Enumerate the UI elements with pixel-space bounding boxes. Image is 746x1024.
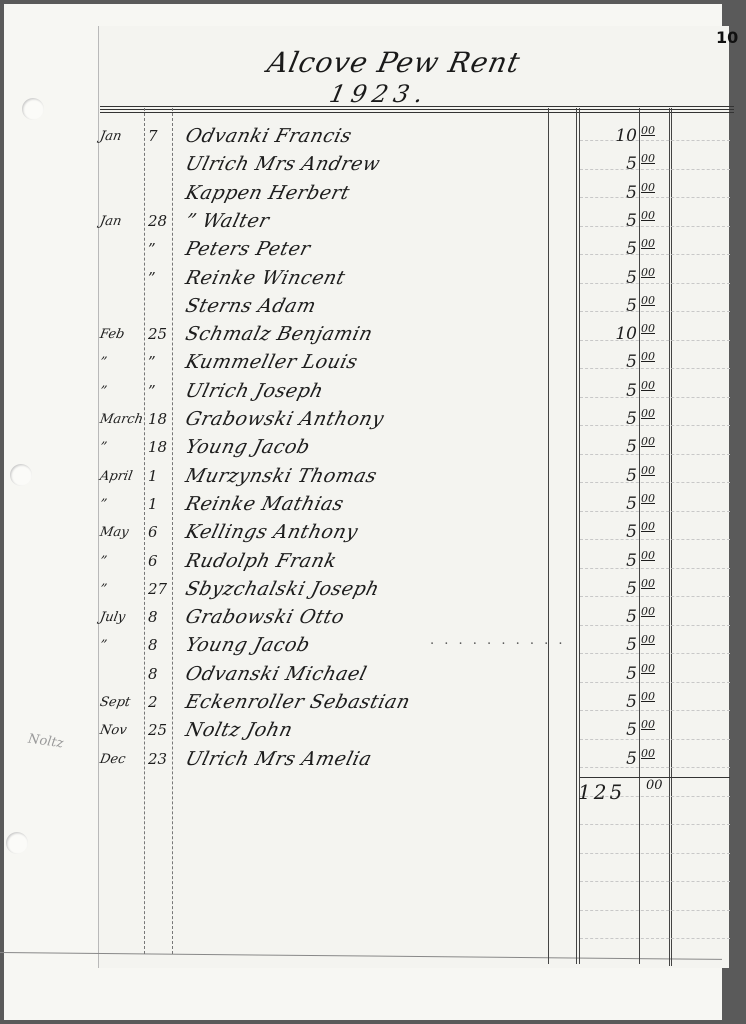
table-row: ”Peters Peter500 bbox=[0, 236, 746, 264]
entry-dollars: 5 bbox=[585, 692, 637, 712]
entry-cents: 00 bbox=[641, 181, 669, 194]
entry-month: July bbox=[99, 610, 146, 625]
entry-dollars: 5 bbox=[585, 268, 637, 288]
entry-name: Sterns Adam bbox=[183, 295, 548, 317]
table-row: Nov25Noltz John500 bbox=[0, 717, 746, 745]
header-rule bbox=[100, 106, 734, 107]
entry-cents: 00 bbox=[641, 492, 669, 505]
table-row: ”Reinke Wincent500 bbox=[0, 265, 746, 293]
total-amount: 125 bbox=[578, 780, 625, 804]
entry-day: 1 bbox=[148, 495, 170, 513]
entry-name: Kappen Herbert bbox=[183, 182, 548, 204]
entry-dollars: 5 bbox=[585, 296, 637, 316]
entry-month: ” bbox=[99, 554, 146, 569]
entry-name: Schmalz Benjamin bbox=[183, 323, 548, 345]
entry-name: Ulrich Mrs Andrew bbox=[183, 153, 548, 175]
entry-name: Rudolph Frank bbox=[183, 550, 548, 572]
ledger-line bbox=[580, 910, 730, 911]
entry-name: Murzynski Thomas bbox=[183, 465, 548, 487]
entry-day: 18 bbox=[148, 410, 170, 428]
entry-month: March bbox=[99, 412, 146, 427]
entry-dollars: 5 bbox=[585, 664, 637, 684]
entry-cents: 00 bbox=[641, 209, 669, 222]
entry-day: ” bbox=[148, 240, 170, 258]
binder-hole-icon bbox=[6, 832, 28, 854]
entry-name: Eckenroller Sebastian bbox=[183, 691, 548, 713]
entry-name: Reinke Wincent bbox=[183, 267, 548, 289]
entry-cents: 00 bbox=[641, 520, 669, 533]
entry-month: ” bbox=[99, 582, 146, 597]
entry-cents: 00 bbox=[641, 464, 669, 477]
table-row: May6Kellings Anthony500 bbox=[0, 519, 746, 547]
entry-month: Nov bbox=[99, 723, 146, 738]
table-row: Feb25Schmalz Benjamin1000 bbox=[0, 321, 746, 349]
ledger-year: 1923. bbox=[327, 80, 432, 108]
entry-dollars: 5 bbox=[585, 720, 637, 740]
entry-day: 8 bbox=[148, 665, 170, 683]
entry-month: April bbox=[99, 469, 146, 484]
table-row: July8Grabowski Otto500 bbox=[0, 604, 746, 632]
entry-dollars: 5 bbox=[585, 437, 637, 457]
entry-month: ” bbox=[99, 638, 146, 653]
entry-month: ” bbox=[99, 440, 146, 455]
entry-day: ” bbox=[148, 269, 170, 287]
table-row: Jan28” Walter500 bbox=[0, 208, 746, 236]
entry-day: 8 bbox=[148, 608, 170, 626]
entry-day: 25 bbox=[148, 325, 170, 343]
entry-cents: 00 bbox=[641, 690, 669, 703]
entry-cents: 00 bbox=[641, 577, 669, 590]
entry-month: ” bbox=[99, 497, 146, 512]
table-row: ””Kummeller Louis500 bbox=[0, 349, 746, 377]
entry-day: 2 bbox=[148, 693, 170, 711]
entry-cents: 00 bbox=[641, 266, 669, 279]
entry-dollars: 5 bbox=[585, 211, 637, 231]
ledger-line bbox=[580, 824, 730, 825]
entry-day: 18 bbox=[148, 438, 170, 456]
entry-name: Reinke Mathias bbox=[183, 493, 548, 515]
entry-month: Feb bbox=[99, 327, 146, 342]
table-row: April1Murzynski Thomas500 bbox=[0, 463, 746, 491]
entry-dollars: 5 bbox=[585, 522, 637, 542]
entry-day: 7 bbox=[148, 127, 170, 145]
table-row: March18Grabowski Anthony500 bbox=[0, 406, 746, 434]
ledger-title: Alcove Pew Rent bbox=[210, 46, 577, 79]
entry-dollars: 5 bbox=[585, 239, 637, 259]
entry-cents: 00 bbox=[641, 662, 669, 675]
entry-name: Kummeller Louis bbox=[183, 351, 548, 373]
entry-dollars: 5 bbox=[585, 635, 637, 655]
stray-marks: . . . . . . . . . . bbox=[430, 633, 566, 648]
entry-day: 27 bbox=[148, 580, 170, 598]
entry-cents: 00 bbox=[641, 407, 669, 420]
table-row: Kappen Herbert500 bbox=[0, 180, 746, 208]
table-row: ””Ulrich Joseph500 bbox=[0, 378, 746, 406]
entry-cents: 00 bbox=[641, 605, 669, 618]
entry-month: ” bbox=[99, 384, 146, 399]
entry-dollars: 5 bbox=[585, 183, 637, 203]
table-row: ”1Reinke Mathias500 bbox=[0, 491, 746, 519]
ledger-line bbox=[580, 853, 730, 854]
total-cents: 00 bbox=[646, 778, 663, 793]
entry-cents: 00 bbox=[641, 350, 669, 363]
entry-cents: 00 bbox=[641, 379, 669, 392]
entry-month: Jan bbox=[99, 214, 146, 229]
ledger-line bbox=[580, 881, 730, 882]
entry-name: Odvanki Francis bbox=[183, 125, 548, 147]
table-row: Ulrich Mrs Andrew500 bbox=[0, 151, 746, 179]
entry-name: ” Walter bbox=[183, 210, 548, 232]
entry-dollars: 5 bbox=[585, 579, 637, 599]
table-row: Sept2Eckenroller Sebastian500 bbox=[0, 689, 746, 717]
entry-day: 23 bbox=[148, 750, 170, 768]
entry-cents: 00 bbox=[641, 124, 669, 137]
entry-name: Peters Peter bbox=[183, 238, 548, 260]
entry-dollars: 5 bbox=[585, 494, 637, 514]
entry-day: 1 bbox=[148, 467, 170, 485]
entry-month: ” bbox=[99, 355, 146, 370]
entry-name: Sbyzchalski Joseph bbox=[183, 578, 548, 600]
entry-dollars: 5 bbox=[585, 409, 637, 429]
entry-cents: 00 bbox=[641, 718, 669, 731]
entry-month: Dec bbox=[99, 752, 146, 767]
entry-name: Odvanski Michael bbox=[183, 663, 548, 685]
entry-dollars: 5 bbox=[585, 154, 637, 174]
entry-cents: 00 bbox=[641, 633, 669, 646]
entry-name: Grabowski Anthony bbox=[183, 408, 548, 430]
entry-dollars: 5 bbox=[585, 749, 637, 769]
entry-day: 8 bbox=[148, 636, 170, 654]
ledger-line bbox=[580, 938, 730, 939]
entry-name: Kellings Anthony bbox=[183, 521, 548, 543]
table-row: ”6Rudolph Frank500 bbox=[0, 548, 746, 576]
entry-dollars: 5 bbox=[585, 551, 637, 571]
entry-cents: 00 bbox=[641, 152, 669, 165]
entry-cents: 00 bbox=[641, 294, 669, 307]
entry-name: Grabowski Otto bbox=[183, 606, 548, 628]
entry-month: May bbox=[99, 525, 146, 540]
entry-day: 25 bbox=[148, 721, 170, 739]
table-row: ”27Sbyzchalski Joseph500 bbox=[0, 576, 746, 604]
entry-name: Ulrich Joseph bbox=[183, 380, 548, 402]
entry-dollars: 5 bbox=[585, 352, 637, 372]
table-row: 8Odvanski Michael500 bbox=[0, 661, 746, 689]
entry-dollars: 10 bbox=[585, 126, 637, 146]
binder-hole-icon bbox=[22, 98, 44, 120]
entry-month: Jan bbox=[99, 129, 146, 144]
table-row: Sterns Adam500 bbox=[0, 293, 746, 321]
entry-day: 28 bbox=[148, 212, 170, 230]
entry-name: Noltz John bbox=[183, 719, 548, 741]
entry-month: Sept bbox=[99, 695, 146, 710]
entry-dollars: 10 bbox=[585, 324, 637, 344]
entry-day: 6 bbox=[148, 523, 170, 541]
entry-cents: 00 bbox=[641, 322, 669, 335]
entry-day: ” bbox=[148, 353, 170, 371]
table-row: Jan7Odvanki Francis1000 bbox=[0, 123, 746, 151]
entry-day: 6 bbox=[148, 552, 170, 570]
entry-day: ” bbox=[148, 382, 170, 400]
table-row: Dec23Ulrich Mrs Amelia500 bbox=[0, 746, 746, 774]
entry-cents: 00 bbox=[641, 747, 669, 760]
entry-dollars: 5 bbox=[585, 381, 637, 401]
entry-name: Ulrich Mrs Amelia bbox=[183, 748, 548, 770]
table-row: ”18Young Jacob500 bbox=[0, 434, 746, 462]
entry-name: Young Jacob bbox=[183, 436, 548, 458]
entry-cents: 00 bbox=[641, 549, 669, 562]
entry-dollars: 5 bbox=[585, 607, 637, 627]
page-number: 10 bbox=[716, 28, 746, 47]
table-row: ”8Young Jacob500 bbox=[0, 632, 746, 660]
entry-cents: 00 bbox=[641, 435, 669, 448]
entry-dollars: 5 bbox=[585, 466, 637, 486]
entry-cents: 00 bbox=[641, 237, 669, 250]
